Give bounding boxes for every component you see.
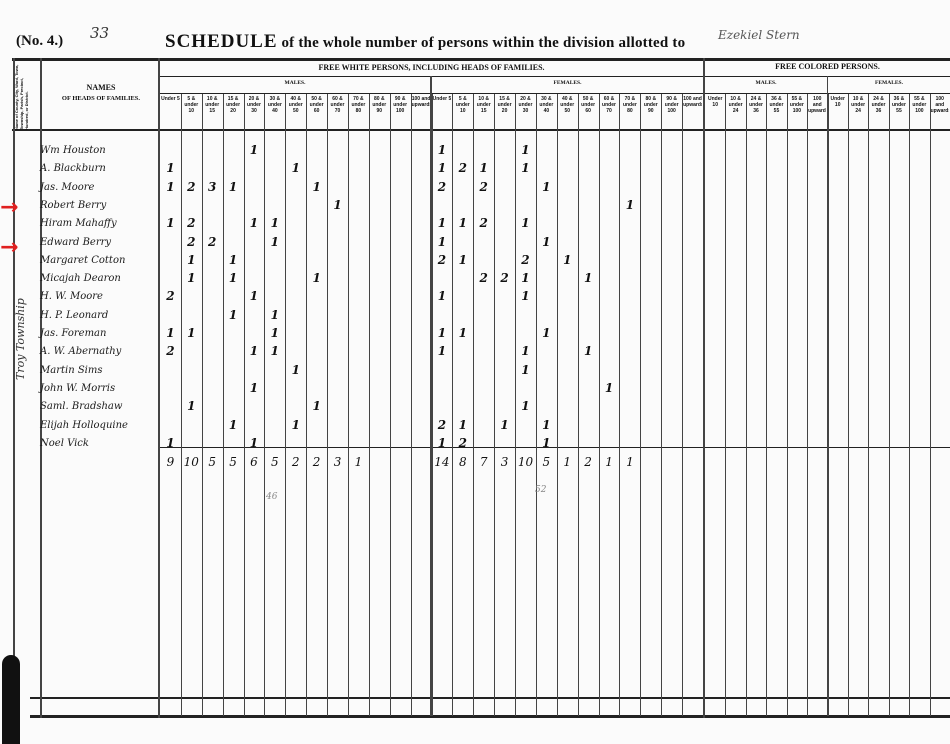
column-header: 24 & under 36: [747, 96, 765, 128]
tally-value: 2: [201, 235, 223, 249]
column-header: 90 & under 100: [662, 96, 681, 128]
total-value: 1: [556, 455, 578, 469]
tally-value: 1: [431, 161, 453, 175]
column-line: [828, 94, 829, 716]
column-header: 15 & under 20: [224, 96, 243, 128]
pencil-mark: 52: [535, 485, 546, 495]
tally-value: 1: [452, 216, 474, 230]
column-line: [264, 94, 265, 716]
tally-value: 1: [514, 143, 536, 157]
head-of-family-name: Jas. Foreman: [40, 328, 162, 339]
column-header: 55 & under 100: [910, 96, 928, 128]
tally-value: 2: [494, 271, 516, 285]
tally-value: 1: [222, 253, 244, 267]
column-header: Under 5: [433, 96, 452, 128]
column-line: [787, 94, 788, 716]
tally-value: 1: [222, 308, 244, 322]
total-value: 1: [347, 455, 369, 469]
tally-value: 1: [431, 344, 453, 358]
tally-value: 1: [264, 235, 286, 249]
column-header: 10 & under 24: [726, 96, 744, 128]
tally-value: 1: [180, 326, 202, 340]
tally-value: 1: [535, 180, 557, 194]
frame-left: [13, 58, 15, 718]
column-header: 55 & under 100: [788, 96, 806, 128]
column-line: [390, 94, 391, 716]
tally-value: 1: [180, 253, 202, 267]
head-of-family-name: Elijah Holloquine: [40, 420, 162, 431]
white-males-label: MALES.: [160, 80, 430, 86]
margin-township-note: Troy Township: [14, 230, 30, 380]
tally-value: 1: [306, 399, 328, 413]
tally-value: 1: [473, 161, 495, 175]
page-number: 33: [90, 24, 109, 42]
column-line: [807, 94, 808, 716]
column-header: 5 & under 10: [453, 96, 472, 128]
column-header: 60 & under 70: [600, 96, 619, 128]
tally-value: 1: [514, 344, 536, 358]
tally-value: 2: [431, 418, 453, 432]
column-line: [348, 94, 349, 716]
head-of-family-name: H. P. Leonard: [40, 310, 162, 321]
column-header: 20 & under 30: [245, 96, 264, 128]
column-line: [725, 94, 726, 716]
tally-value: 1: [535, 418, 557, 432]
column-line: [766, 94, 767, 716]
tally-value: 1: [222, 418, 244, 432]
column-header: 36 & under 55: [890, 96, 908, 128]
column-line: [640, 94, 641, 716]
column-header: 10 & under 15: [203, 96, 222, 128]
column-header: Under 5: [161, 96, 180, 128]
tally-value: 1: [514, 399, 536, 413]
tally-value: 1: [243, 289, 265, 303]
column-header: 80 & under 90: [641, 96, 660, 128]
column-line: [661, 94, 662, 716]
top-rule: [12, 58, 950, 61]
tally-value: 1: [514, 363, 536, 377]
tally-value: 1: [159, 180, 181, 194]
column-header: 30 & under 40: [537, 96, 556, 128]
column-header: Under 10: [829, 96, 847, 128]
total-value: 3: [494, 455, 516, 469]
free-white-header: FREE WHITE PERSONS, INCLUDING HEADS OF F…: [160, 63, 703, 72]
tally-value: 1: [431, 436, 453, 450]
names-header-line2: OF HEADS OF FAMILIES.: [44, 93, 158, 104]
column-line: [411, 94, 412, 716]
column-line: [746, 94, 747, 716]
column-header: 36 & under 55: [767, 96, 785, 128]
tally-value: 1: [264, 326, 286, 340]
column-header: 40 & under 50: [286, 96, 305, 128]
column-header: 70 & under 80: [620, 96, 639, 128]
schedule-title: SCHEDULE of the whole number of persons …: [165, 31, 685, 53]
tally-value: 1: [159, 161, 181, 175]
tally-value: 2: [452, 436, 474, 450]
head-of-family-name: Margaret Cotton: [40, 255, 162, 266]
head-of-family-name: Martin Sims: [40, 365, 162, 376]
column-line: [599, 94, 600, 716]
tally-value: 1: [619, 198, 641, 212]
tally-value: 2: [431, 180, 453, 194]
total-value: 5: [222, 455, 244, 469]
tally-value: 1: [306, 271, 328, 285]
group-rule: [160, 76, 950, 77]
head-of-family-name: Saml. Bradshaw: [40, 401, 162, 412]
colored-divider: [703, 58, 705, 718]
total-value: 10: [180, 455, 202, 469]
tally-value: 1: [285, 363, 307, 377]
column-header: 40 & under 50: [558, 96, 577, 128]
head-of-family-name: A. Blackburn: [40, 163, 162, 174]
column-line: [369, 94, 370, 716]
head-of-family-name: H. W. Moore: [40, 291, 162, 302]
tally-value: 1: [180, 271, 202, 285]
enumerator-name: Ezekiel Stern: [718, 28, 800, 42]
names-header: NAMES OF HEADS OF FAMILIES.: [44, 82, 158, 104]
tally-value: 1: [535, 326, 557, 340]
tally-value: 1: [494, 418, 516, 432]
tally-value: 1: [159, 436, 181, 450]
tally-value: 1: [327, 198, 349, 212]
column-header: 100 and upwards.: [808, 96, 826, 128]
tally-value: 1: [514, 216, 536, 230]
column-header: 10 & under 15: [474, 96, 493, 128]
tally-value: 1: [431, 289, 453, 303]
tally-value: 1: [285, 161, 307, 175]
total-value: 2: [577, 455, 599, 469]
tally-value: 1: [598, 381, 620, 395]
tally-value: 1: [535, 235, 557, 249]
tally-value: 1: [535, 436, 557, 450]
head-of-family-name: John W. Morris: [40, 383, 162, 394]
head-of-family-name: Noel Vick: [40, 438, 162, 449]
column-header: Under 10: [706, 96, 724, 128]
total-value: 8: [452, 455, 474, 469]
tally-value: 2: [180, 235, 202, 249]
tally-value: 1: [452, 418, 474, 432]
tally-value: 1: [264, 308, 286, 322]
pencil-mark: 46: [266, 492, 277, 502]
thumb-shadow: [2, 655, 20, 744]
column-header: 24 & under 36: [869, 96, 887, 128]
tally-value: 1: [577, 271, 599, 285]
column-header: 90 & under 100: [391, 96, 410, 128]
tally-value: 1: [431, 326, 453, 340]
tally-value: 1: [452, 326, 474, 340]
tally-value: 1: [577, 344, 599, 358]
column-header: 60 & under 70: [328, 96, 347, 128]
tally-value: 1: [306, 180, 328, 194]
tally-value: 1: [222, 180, 244, 194]
total-value: 2: [306, 455, 328, 469]
tally-value: 1: [431, 143, 453, 157]
tally-value: 2: [473, 271, 495, 285]
bottom-rule-2: [30, 715, 950, 718]
census-page: (No. 4.) 33 SCHEDULE of the whole number…: [0, 0, 950, 744]
column-header: 100 and upwards.: [931, 96, 949, 128]
tally-value: 1: [264, 216, 286, 230]
column-header: 15 & under 20: [495, 96, 514, 128]
column-line: [578, 94, 579, 716]
column-line: [285, 94, 286, 716]
column-line: [930, 94, 931, 716]
tally-value: 2: [180, 180, 202, 194]
bottom-rule-1: [30, 697, 950, 699]
district-header: Name of County, City, Ward, Town, Townsh…: [14, 62, 42, 130]
subgroup-rule: [160, 93, 950, 94]
column-header: 10 & under 24: [849, 96, 867, 128]
total-value: 6: [243, 455, 265, 469]
total-value: 5: [535, 455, 557, 469]
tally-value: 1: [159, 326, 181, 340]
total-value: 1: [619, 455, 641, 469]
tally-value: 1: [159, 216, 181, 230]
tally-value: 2: [473, 216, 495, 230]
total-value: 14: [431, 455, 453, 469]
tally-value: 3: [201, 180, 223, 194]
free-colored-header: FREE COLORED PERSONS.: [705, 62, 950, 71]
tally-value: 2: [452, 161, 474, 175]
tally-value: 1: [243, 143, 265, 157]
total-value: 2: [285, 455, 307, 469]
tally-value: 2: [473, 180, 495, 194]
names-header-line1: NAMES: [44, 82, 158, 93]
tally-value: 1: [243, 216, 265, 230]
head-of-family-name: Hiram Mahaffy: [40, 218, 162, 229]
column-header: 100 and upwards.: [683, 96, 702, 128]
tally-value: 2: [159, 344, 181, 358]
head-of-family-name: Wm Houston: [40, 145, 162, 156]
tally-value: 1: [452, 253, 474, 267]
head-of-family-name: Robert Berry: [40, 200, 162, 211]
red-arrow-icon: →: [0, 198, 18, 218]
column-header: 5 & under 10: [182, 96, 201, 128]
column-header: 50 & under 60: [579, 96, 598, 128]
head-of-family-name: A. W. Abernathy: [40, 346, 162, 357]
column-line: [868, 94, 869, 716]
tally-value: 2: [431, 253, 453, 267]
tally-value: 2: [514, 253, 536, 267]
total-value: 5: [201, 455, 223, 469]
colored-females-label: FEMALES.: [828, 80, 950, 86]
tally-value: 1: [264, 344, 286, 358]
tally-value: 1: [431, 235, 453, 249]
column-line: [682, 94, 683, 716]
white-females-label: FEMALES.: [432, 80, 703, 86]
column-line: [619, 94, 620, 716]
head-of-family-name: Edward Berry: [40, 237, 162, 248]
column-header: 80 & under 90: [370, 96, 389, 128]
header-bottom-rule: [12, 129, 950, 131]
tally-value: 1: [243, 381, 265, 395]
column-line: [909, 94, 910, 716]
tally-value: 1: [180, 399, 202, 413]
total-value: 3: [327, 455, 349, 469]
tally-value: 1: [556, 253, 578, 267]
column-line: [848, 94, 849, 716]
tally-value: 1: [514, 161, 536, 175]
column-header: 20 & under 30: [516, 96, 535, 128]
tally-value: 1: [514, 271, 536, 285]
colored-males-label: MALES.: [705, 80, 827, 86]
column-header: 70 & under 80: [349, 96, 368, 128]
head-of-family-name: Micajah Dearon: [40, 273, 162, 284]
tally-value: 1: [431, 216, 453, 230]
title-lead: SCHEDULE: [165, 31, 278, 52]
total-value: 1: [598, 455, 620, 469]
column-line: [889, 94, 890, 716]
tally-value: 1: [285, 418, 307, 432]
tally-value: 1: [243, 436, 265, 450]
total-value: 7: [473, 455, 495, 469]
total-value: 10: [514, 455, 536, 469]
column-header: 100 and upwards.: [412, 96, 431, 128]
head-of-family-name: Jas. Moore: [40, 182, 162, 193]
column-header: 30 & under 40: [265, 96, 284, 128]
tally-value: 1: [222, 271, 244, 285]
tally-value: 1: [514, 289, 536, 303]
form-number: (No. 4.): [16, 33, 63, 50]
tally-value: 2: [180, 216, 202, 230]
total-value: 5: [264, 455, 286, 469]
tally-value: 2: [159, 289, 181, 303]
total-value: 9: [159, 455, 181, 469]
title-rest: of the whole number of persons within th…: [281, 35, 685, 51]
tally-value: 1: [243, 344, 265, 358]
column-header: 50 & under 60: [307, 96, 326, 128]
